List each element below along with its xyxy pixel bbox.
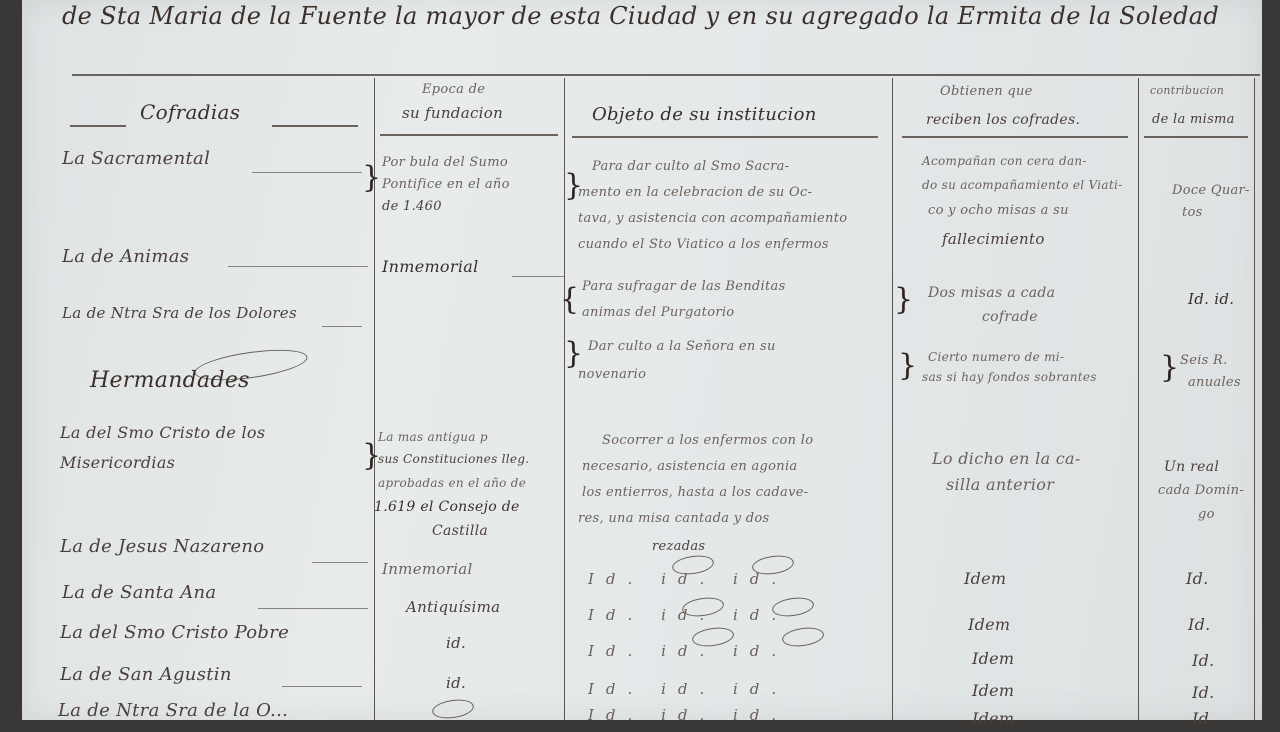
cofradia-name: La Sacramental [62, 148, 210, 169]
objeto-line: Id. id. id. [588, 676, 788, 702]
cofradia-name: La de San Agustin [60, 664, 232, 685]
cofradia-name: La de Animas [62, 246, 189, 267]
contribucion-line: Id. [1192, 706, 1215, 720]
header-epoca-line1: Epoca de [422, 82, 485, 97]
obtienen-line: co y ocho misas a su [928, 198, 1069, 224]
obtienen-line: fallecimiento [942, 226, 1045, 252]
objeto-line: Para dar culto al Smo Sacra- [592, 154, 789, 180]
document-title-line: de Sta Maria de la Fuente la mayor de es… [62, 2, 1219, 30]
header-objeto-rule [572, 136, 878, 138]
objeto-line: Id. id. id. [588, 638, 788, 664]
header-obtienen-rule [902, 136, 1128, 138]
section-heading-hermandades: Hermandades [90, 368, 250, 393]
ditto-flourish-icon [751, 553, 795, 577]
leader-dash [228, 266, 368, 267]
epoca-line: Antiquísima [406, 594, 500, 620]
obtienen-line: Idem [972, 678, 1014, 704]
contribucion-line: Id. id. [1188, 286, 1234, 312]
obtienen-line: do su acompañamiento el Viati- [922, 172, 1122, 198]
header-cofradias: Cofradias [140, 100, 240, 124]
header-contribucion-rule [1144, 136, 1248, 138]
obtienen-line: Idem [972, 706, 1014, 720]
header-epoca-rule [380, 134, 558, 136]
table-top-rule [72, 74, 1260, 76]
contribucion-line: cada Domin- [1158, 478, 1244, 504]
brace: { [560, 282, 579, 317]
ditto-flourish-icon [771, 595, 815, 619]
contribucion-line: anuales [1188, 370, 1241, 396]
contribucion-line: tos [1182, 200, 1203, 226]
cofradia-name: La de Santa Ana [62, 582, 216, 603]
contribucion-line: Id. [1192, 648, 1215, 674]
header-underline-left [70, 125, 126, 127]
objeto-line: Dar culto a la Señora en su [588, 334, 776, 360]
leader-dash [252, 172, 362, 173]
objeto-line: Socorrer a los enfermos con lo [602, 428, 813, 454]
header-contribucion-line2: de la misma [1152, 112, 1235, 127]
objeto-line: novenario [578, 362, 646, 388]
leader-dash [322, 326, 362, 327]
cofradia-name: La de Ntra Sra de la O... [58, 700, 288, 720]
objeto-line: los entierros, hasta a los cadave- [582, 480, 808, 506]
cofradia-name: La del Smo Cristo de los Misericordias [60, 418, 360, 478]
epoca-line: sus Constituciones lleg. [378, 446, 529, 472]
obtienen-line: Idem [972, 646, 1014, 672]
objeto-line: Id. id. id. [588, 702, 788, 720]
leader-dash [512, 276, 564, 277]
obtienen-line: silla anterior [946, 472, 1054, 498]
epoca-line: de 1.460 [382, 194, 442, 220]
obtienen-line: Idem [964, 566, 1006, 592]
header-contribucion-line1: contribucion [1150, 84, 1224, 97]
obtienen-line: cofrade [982, 304, 1038, 330]
leader-dash [312, 562, 368, 563]
header-underline-right [272, 125, 358, 127]
obtienen-line: Idem [968, 612, 1010, 638]
column-divider-3 [892, 78, 893, 720]
ditto-flourish-icon [431, 697, 475, 720]
cofradia-name: La del Smo Cristo Pobre [60, 622, 289, 643]
epoca-line: Inmemorial [382, 556, 473, 582]
ditto-flourish-icon [781, 625, 825, 649]
cofradia-name: La de Ntra Sra de los Dolores [62, 304, 297, 322]
header-obtienen-line2: reciben los cofrades. [926, 112, 1080, 128]
leader-dash [282, 686, 362, 687]
objeto-line: res, una misa cantada y dos [578, 506, 770, 532]
contribucion-line: Id. [1192, 680, 1215, 706]
epoca-line: Inmemorial [382, 254, 479, 280]
obtienen-line: Lo dicho en la ca- [932, 446, 1081, 472]
header-obtienen-line1: Obtienen que [940, 84, 1033, 99]
column-divider-4 [1138, 78, 1139, 720]
brace: } [898, 348, 917, 383]
obtienen-line: Acompañan con cera dan- [922, 148, 1087, 174]
objeto-line: mento en la celebracion de su Oc- [578, 180, 812, 206]
column-divider-5 [1254, 78, 1255, 720]
header-objeto: Objeto de su institucion [592, 104, 817, 125]
contribucion-line: go [1198, 502, 1215, 528]
brace: } [362, 160, 381, 195]
epoca-line: Castilla [432, 518, 488, 544]
objeto-line: cuando el Sto Viatico a los enfermos [578, 232, 829, 258]
epoca-line: aprobadas en el año de [378, 470, 526, 496]
contribucion-line: Id. [1188, 612, 1211, 638]
brace: } [1160, 350, 1179, 385]
obtienen-line: sas si hay fondos sobrantes [922, 364, 1097, 390]
epoca-line: id. [446, 670, 466, 696]
objeto-line: tava, y asistencia con acompañamiento [578, 206, 847, 232]
brace: } [894, 282, 913, 317]
obtienen-line: Dos misas a cada [928, 280, 1055, 306]
contribucion-line: Un real [1164, 454, 1219, 480]
leader-dash [258, 608, 368, 609]
objeto-line: necesario, asistencia en agonia [582, 454, 797, 480]
manuscript-page: de Sta Maria de la Fuente la mayor de es… [22, 0, 1262, 720]
epoca-line: 1.619 el Consejo de [374, 494, 520, 520]
contribucion-line: Id. [1186, 566, 1209, 592]
epoca-line: id. [446, 630, 466, 656]
objeto-line: animas del Purgatorio [582, 300, 734, 326]
cofradia-name: La de Jesus Nazareno [60, 536, 264, 557]
objeto-line: Para sufragar de las Benditas [582, 274, 786, 300]
header-epoca-line2: su fundacion [402, 104, 503, 122]
